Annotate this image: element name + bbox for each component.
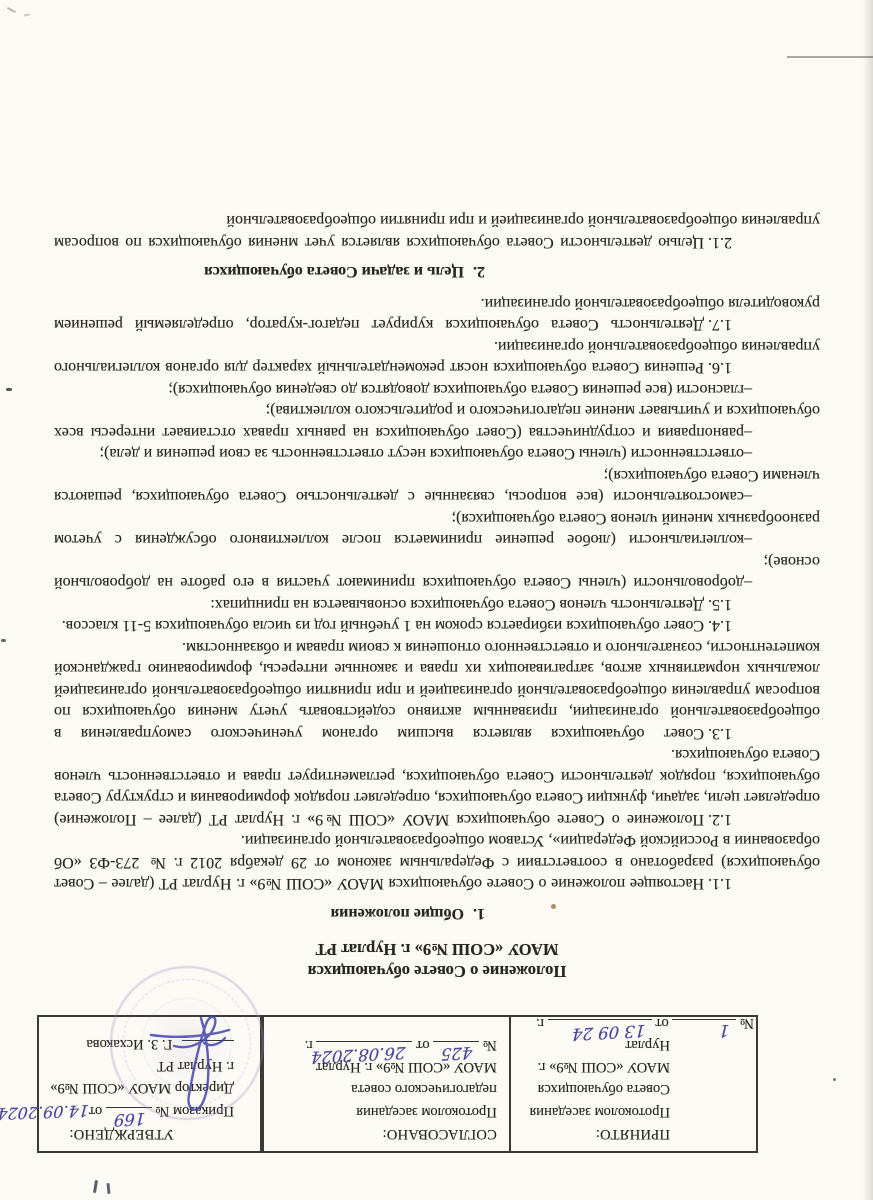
handwritten-date: 13 09 24 [571,1019,646,1045]
paragraph-number: 1.4. [704,615,776,637]
body-paragraph: –ответственности (члены Совета обучающих… [54,443,820,465]
date-blank: 26.08.2024 [316,1041,412,1055]
handwritten-order-date: 14.09.2024г. [0,1099,89,1125]
paragraph-number: 1.5. [704,594,776,616]
body-paragraph: 1.7.Деятельность Совета обучающихся кури… [54,293,820,336]
agreed-cell: СОГЛАСОВАНО: Протоколом заседанияпедагог… [262,1017,511,1151]
paragraph-number: 1.2. [704,809,776,831]
no-label: № [483,1037,497,1053]
agreed-label: СОГЛАСОВАНО: [264,1123,497,1145]
date-blank: 13 09 24 [548,1019,652,1033]
paragraph-number: 1. [464,903,485,925]
paragraph-number: 2.1. [704,232,776,254]
director-signature-ink [145,1014,237,1114]
scan-artifact-speck [6,388,12,391]
scanned-page: ПРИНЯТО: Протоколом заседанияСовета обуч… [0,0,873,1200]
body-paragraph: –гласности (все решения Совета обучающих… [54,379,820,401]
body-paragraph: 1.3.Совет обучающихся является высшим ор… [54,637,820,745]
document-title-line2: МАОУ «СОШ №9» г. Нурлат РТ [54,938,820,960]
approved-label: УТВЕРЖДЕНО: [39,1123,174,1145]
section-heading: 1.Общие положения [54,903,485,925]
document-title-line1: Положение о Совете обучающихся [54,960,820,982]
rotated-document: ПРИНЯТО: Протоколом заседанияСовета обуч… [0,0,873,1200]
agreed-lines: Протоколом заседанияпедагогического сове… [264,1056,497,1123]
ot-label: от [89,1103,102,1119]
section-heading: 2.Цель и задачи Совета обучающихся [54,261,485,283]
paragraph-number: 1.7. [704,314,776,336]
accepted-cell: ПРИНЯТО: Протоколом заседанияСовета обуч… [511,1017,756,1151]
body-paragraph: –самостоятельности (все вопросы, связанн… [54,465,820,508]
paragraph-number: – [744,572,786,594]
paragraph-number: – [744,486,786,508]
paragraph-number: – [744,443,786,465]
accepted-number-line: № 1 от 13 09 24 г. [511,1011,754,1033]
handwritten-order-number: 169 [113,1107,146,1131]
paragraph-number: – [744,379,786,401]
document-paragraphs: 1.Общие положения1.1.Настоящее положение… [54,210,820,924]
body-paragraph: 1.6.Решения Совета обучающихся носят рек… [54,336,820,379]
scan-artifact-edge-line [787,56,873,58]
paragraph-number: 2. [464,261,485,283]
paragraph-number: 1.6. [704,357,776,379]
body-paragraph: 2.1.Целью деятельности Совета обучающихс… [54,210,820,253]
number-blank: 1 [672,1019,736,1033]
paragraph-number: – [744,529,786,551]
body-paragraph: –равноправия и сотрудничества (Совет обу… [54,400,820,443]
ot-label: от [416,1037,429,1053]
body-paragraph: –коллегиальности (любое решение принимае… [54,508,820,551]
document-body-block: Положение о Совете обучающихся МАОУ «СОШ… [54,210,820,982]
scan-artifact-page-edge-shadow [863,0,873,1200]
accepted-lines: Протоколом заседанияСовета обучающихсяМА… [511,1034,670,1123]
accepted-label: ПРИНЯТО: [511,1123,670,1145]
document-title: Положение о Совете обучающихся МАОУ «СОШ… [54,938,820,982]
year-suffix: г. [536,1015,544,1031]
scan-artifact-speck [551,904,556,909]
body-paragraph: 1.4.Совет обучающихся избирается сроком … [54,615,820,637]
agreed-number-line: № 425 от 26.08.2024 г. [264,1034,497,1056]
body-paragraph: 1.1.Настоящее положение о Совете обучающ… [54,830,820,895]
paragraph-number: – [744,422,786,444]
no-label: № [740,1015,754,1031]
scan-artifact-speck [833,1078,836,1081]
cell-line: Совета обучающихся [511,1078,670,1100]
ot-label: от [655,1015,668,1031]
paragraph-number: 1.3. [704,723,776,745]
cell-line: Протоколом заседания [264,1100,497,1122]
paragraph-number: 1.1. [704,873,776,895]
body-paragraph: 1.2.Положение о Совете обучающихся МАОУ … [54,744,820,830]
scan-artifact-speck [1,639,6,642]
number-blank: 425 [433,1041,479,1055]
handwritten-protocol-number: 425 [441,1041,474,1065]
body-paragraph: –добровольности (члены Совета обучающихс… [54,551,820,594]
handwritten-protocol-number: 1 [719,1019,731,1042]
body-paragraph: 1.5.Деятельность членов Совета обучающих… [54,594,820,616]
cell-line: Протоколом заседания [511,1100,670,1122]
cell-line: педагогического совета [264,1078,497,1100]
